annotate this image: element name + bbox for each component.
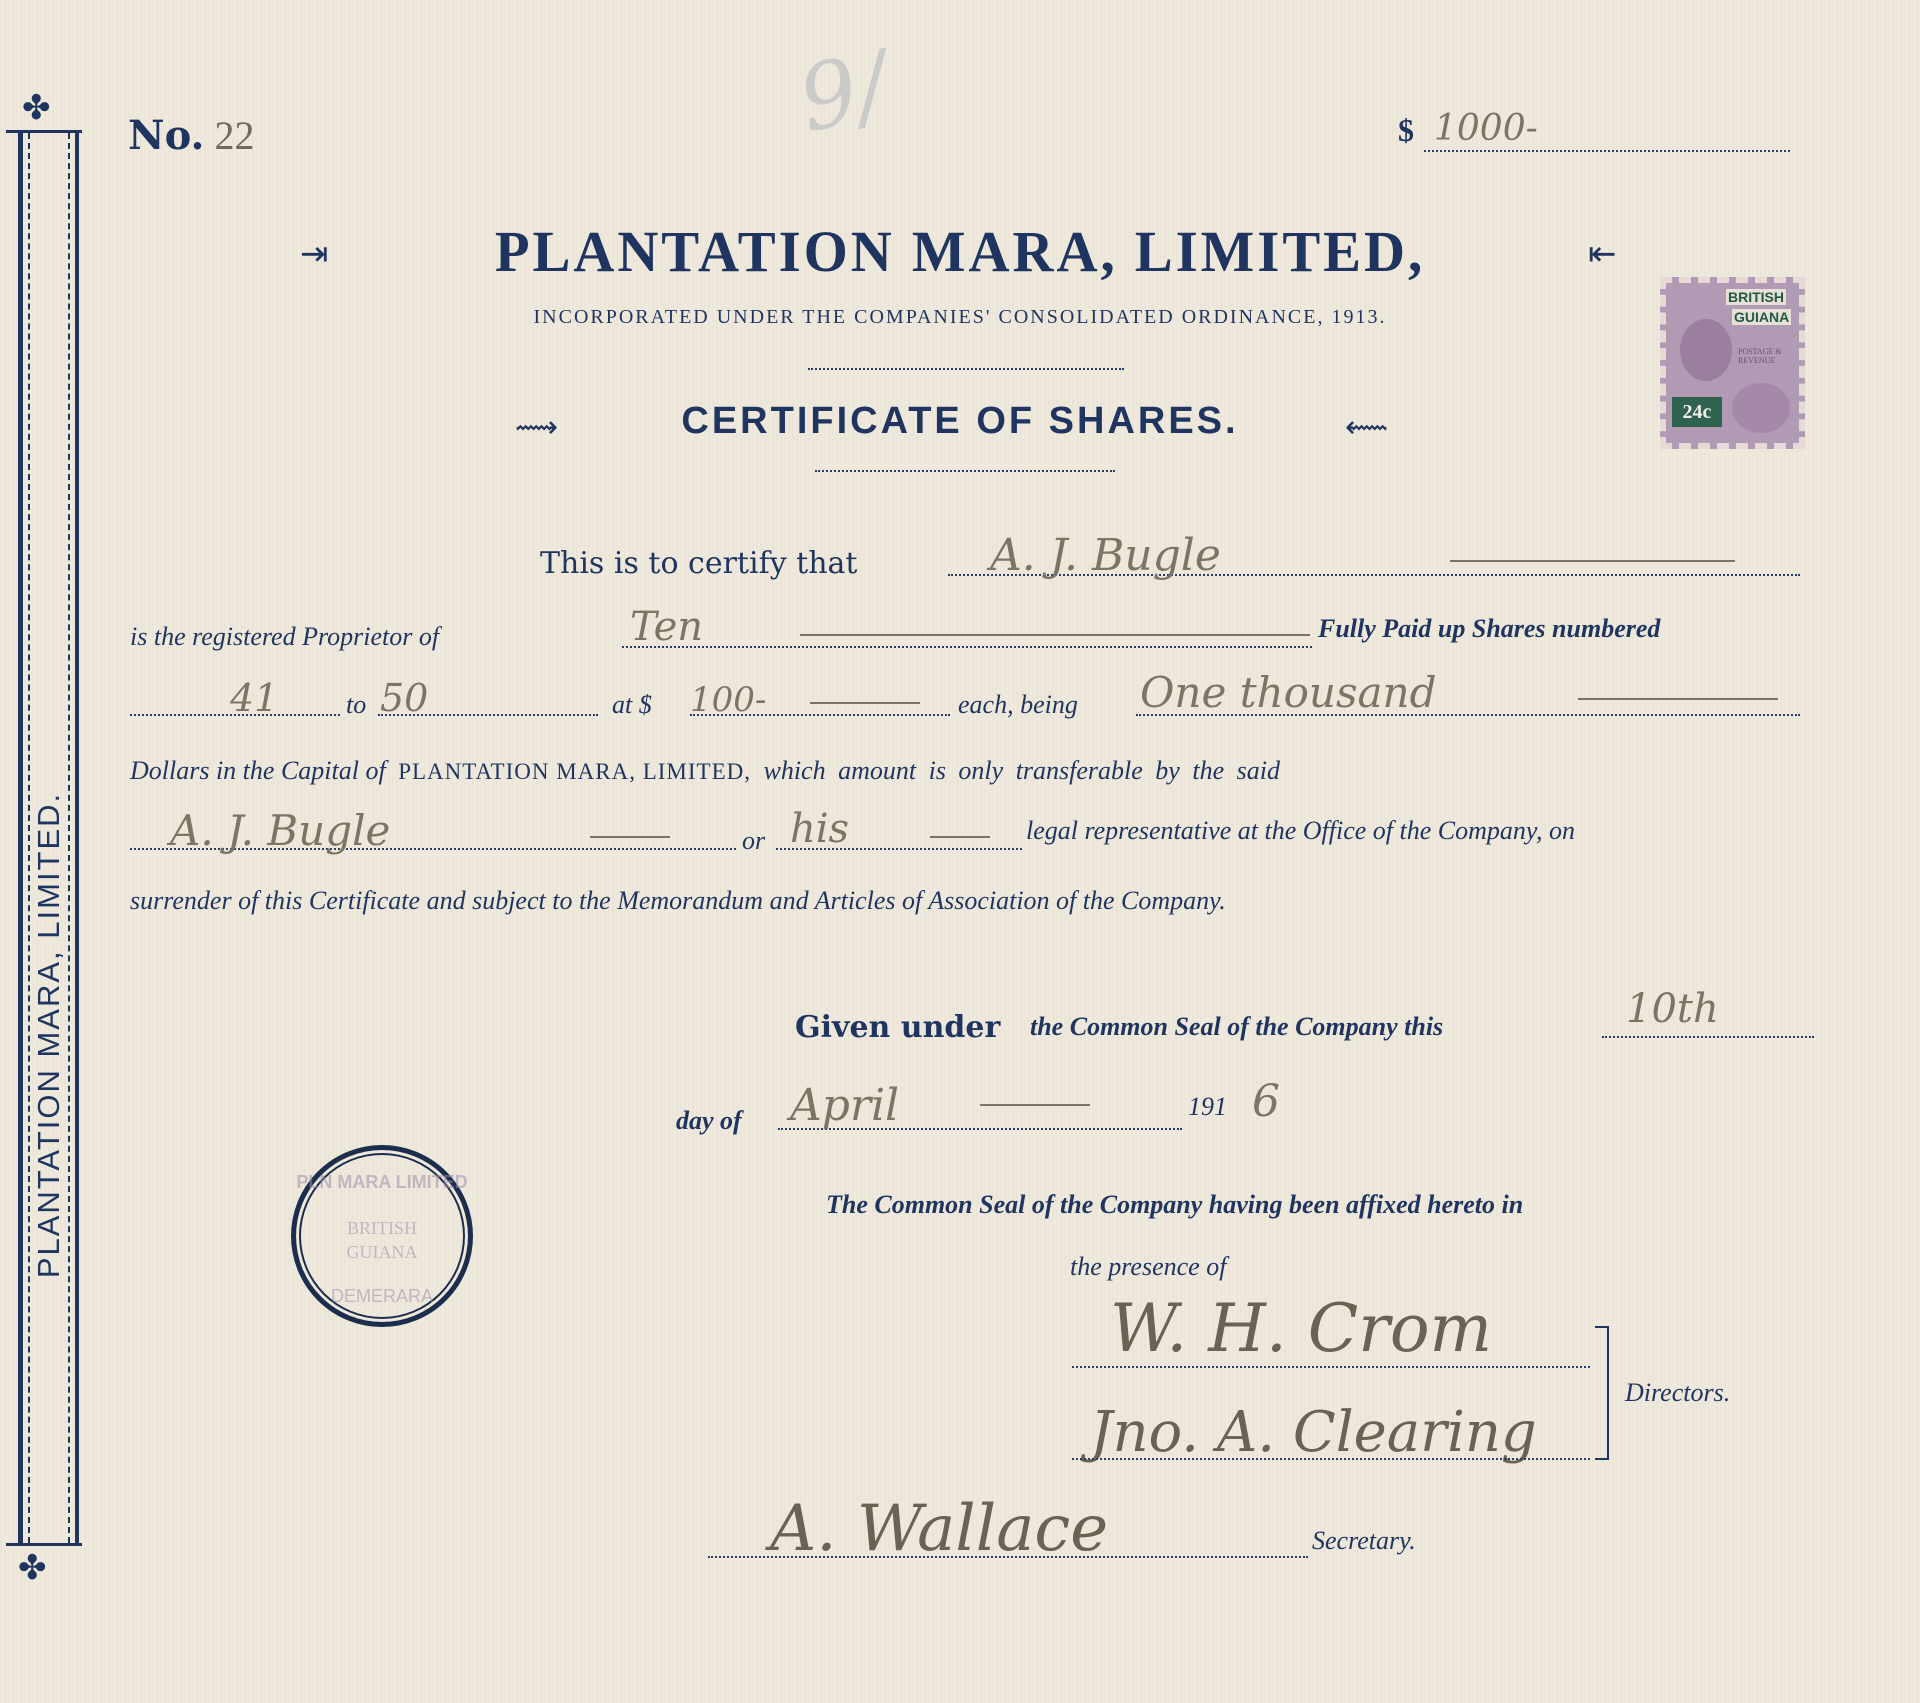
affixed-text: The Common Seal of the Company having be… [826,1190,1523,1220]
director-1-signature: W. H. Crom [1110,1290,1492,1367]
share-count-line [622,646,1312,648]
right-flourish-icon: ⟿ [1345,410,1388,445]
holder-name: A. J. Bugle [990,530,1221,581]
or-text: or [742,826,765,856]
sidebar-company-name: PLANTATION MARA, LIMITED. [31,792,67,1278]
seal-outer-text: PLN MARA LIMITED [296,1172,468,1193]
stamp-country-2: GUIANA [1732,309,1791,325]
fill-stroke [1578,698,1778,700]
flower-ornament-icon: ✤ [18,1548,47,1588]
surrender-text: surrender of this Certificate and subjec… [130,886,1226,916]
day-of-text: day of [676,1106,742,1136]
company-title: PLANTATION MARA, LIMITED, [19,218,1901,285]
number-value: 22 [214,113,254,158]
dollar-sign: $ [1398,112,1414,148]
sidebar-bottom-rule [6,1543,82,1546]
dollars-text-b: which amount is only transferable by the… [763,756,1279,785]
month-value: April [790,1080,899,1131]
king-portrait-icon [1680,319,1732,381]
amount-value: 1000- [1434,108,1538,149]
right-arrow-ornament-icon: ⇤ [1588,234,1617,274]
pencil-mark: 9/ [790,32,898,153]
divider-wavy [808,368,1124,373]
fill-stroke [800,634,1310,636]
flower-ornament-icon: ✤ [22,88,51,128]
fill-stroke [980,1104,1090,1106]
fully-paid-text: Fully Paid up Shares numbered [1318,614,1660,644]
dollars-text-a: Dollars in the Capital of [130,756,386,785]
presence-text: the presence of [1070,1252,1226,1282]
company-seal: PLN MARA LIMITED BRITISH GUIANA DEMERARA [291,1145,473,1327]
at-text: at $ [612,690,652,720]
pronoun: his [790,806,849,852]
year-suffix: 6 [1252,1076,1280,1127]
share-from: 41 [230,676,278,720]
fill-stroke [590,836,670,838]
directors-label: Directors. [1625,1378,1730,1408]
dollars-company: PLANTATION MARA, LIMITED, [398,759,751,784]
certify-text: This is to certify that [540,546,858,581]
divider-wavy [815,470,1115,475]
incorporation-line: INCORPORATED UNDER THE COMPANIES' CONSOL… [0,306,1920,329]
transferor-name: A. J. Bugle [170,806,390,855]
amount-field: $ 1000- [1398,112,1790,152]
fill-stroke [810,702,920,704]
directors-bracket [1595,1326,1609,1460]
total-words: One thousand [1140,668,1436,717]
fill-stroke [930,836,990,838]
to-text: to [346,690,366,720]
legal-text: legal representative at the Office of th… [1026,816,1575,846]
dollars-clause: Dollars in the Capital of PLANTATION MAR… [130,756,1280,786]
fill-stroke [1450,560,1735,562]
number-label: No. [128,112,204,159]
seal-bottom-text: DEMERARA [296,1286,468,1307]
seal-middle-1: BRITISH [296,1218,468,1239]
given-under-text: Given under [795,1010,1000,1045]
stamp-denomination: 24c [1672,397,1722,427]
director-2-signature: Jno. A. Clearing [1090,1400,1537,1465]
stamp-inscription: POSTAGE & REVENUE [1738,347,1799,365]
each-being-text: each, being [958,690,1078,720]
document-title: CERTIFICATE OF SHARES. [0,400,1920,443]
registered-text: is the registered Proprietor of [130,622,439,652]
stamp-country-1: BRITISH [1726,289,1786,305]
certificate-number: No. 22 [128,112,254,159]
revenue-stamp: BRITISH GUIANA POSTAGE & REVENUE 24c [1660,277,1805,449]
seal-middle-2: GUIANA [296,1242,468,1263]
price-each: 100- [690,680,766,720]
secretary-line [708,1556,1308,1558]
director-1-line [1072,1366,1590,1368]
secretary-label: Secretary. [1312,1526,1416,1556]
share-to: 50 [380,676,428,720]
common-seal-text: the Common Seal of the Company this [1030,1012,1443,1042]
ship-vignette-icon [1732,383,1790,433]
secretary-signature: A. Wallace [770,1492,1108,1566]
director-2-line [1072,1458,1590,1460]
year-prefix: 191 [1188,1092,1227,1122]
day-line [1602,1036,1814,1038]
day-value: 10th [1626,986,1719,1032]
sidebar-border: PLANTATION MARA, LIMITED. [18,133,79,1543]
share-count-words: Ten [630,604,703,650]
